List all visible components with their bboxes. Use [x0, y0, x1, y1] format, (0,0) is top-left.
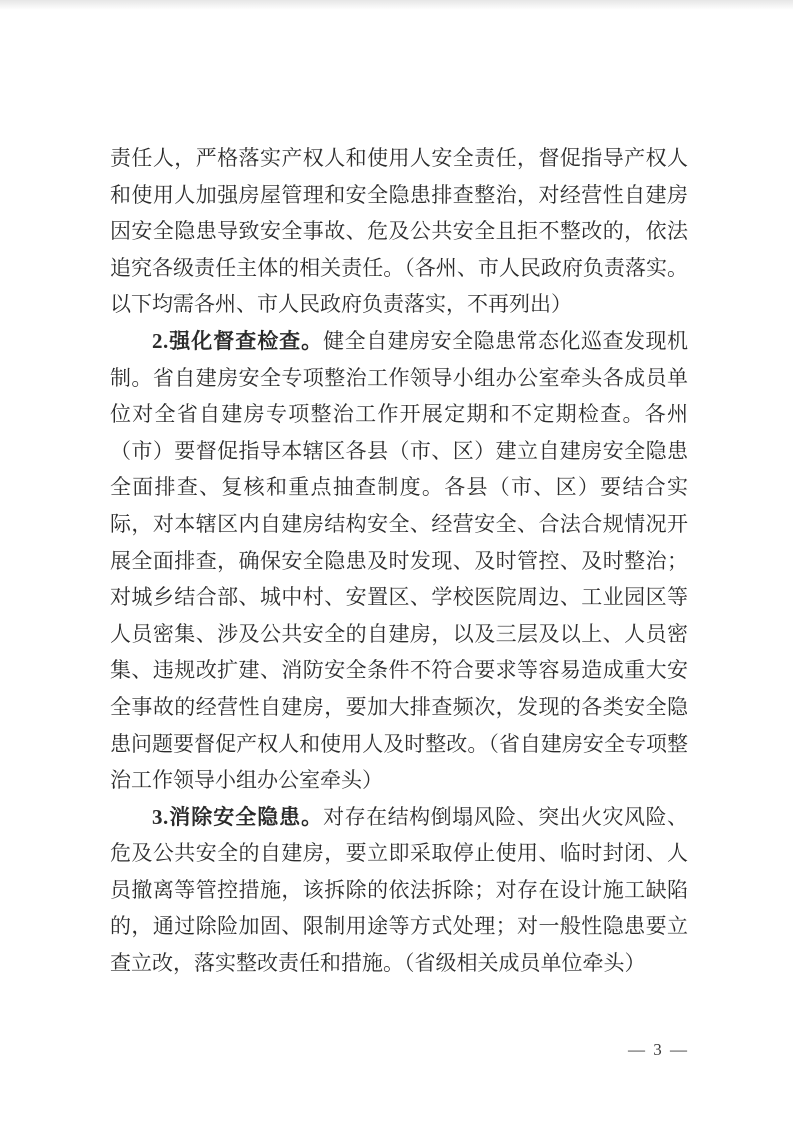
page-footer: — 3 — — [628, 1040, 689, 1060]
paragraph-text: 对存在结构倒塌风险、突出火灾风险、危及公共安全的自建房，要立即采取停止使用、临时… — [110, 805, 688, 975]
paragraph-item-2: 2.强化督查检查。健全自建房安全隐患常态化巡查发现机制。省自建房安全专项整治工作… — [110, 323, 688, 799]
paragraph-text: 健全自建房安全隐患常态化巡查发现机制。省自建房安全专项整治工作领导小组办公室牵头… — [110, 329, 688, 792]
paragraph-item-3: 3.消除安全隐患。对存在结构倒塌风险、突出火灾风险、危及公共安全的自建房，要立即… — [110, 799, 688, 982]
paragraph-continuation: 责任人，严格落实产权人和使用人安全责任，督促指导产权人和使用人加强房屋管理和安全… — [110, 140, 688, 323]
document-body: 责任人，严格落实产权人和使用人安全责任，督促指导产权人和使用人加强房屋管理和安全… — [110, 140, 688, 982]
page-number: — 3 — — [628, 1040, 689, 1059]
scan-edge-shadow — [0, 0, 793, 10]
paragraph-text: 责任人，严格落实产权人和使用人安全责任，督促指导产权人和使用人加强房屋管理和安全… — [110, 146, 688, 316]
document-page: 责任人，严格落实产权人和使用人安全责任，督促指导产权人和使用人加强房屋管理和安全… — [0, 0, 793, 1122]
paragraph-lead-heading: 2.强化督查检查。 — [152, 329, 323, 353]
paragraph-lead-heading: 3.消除安全隐患。 — [152, 805, 323, 829]
